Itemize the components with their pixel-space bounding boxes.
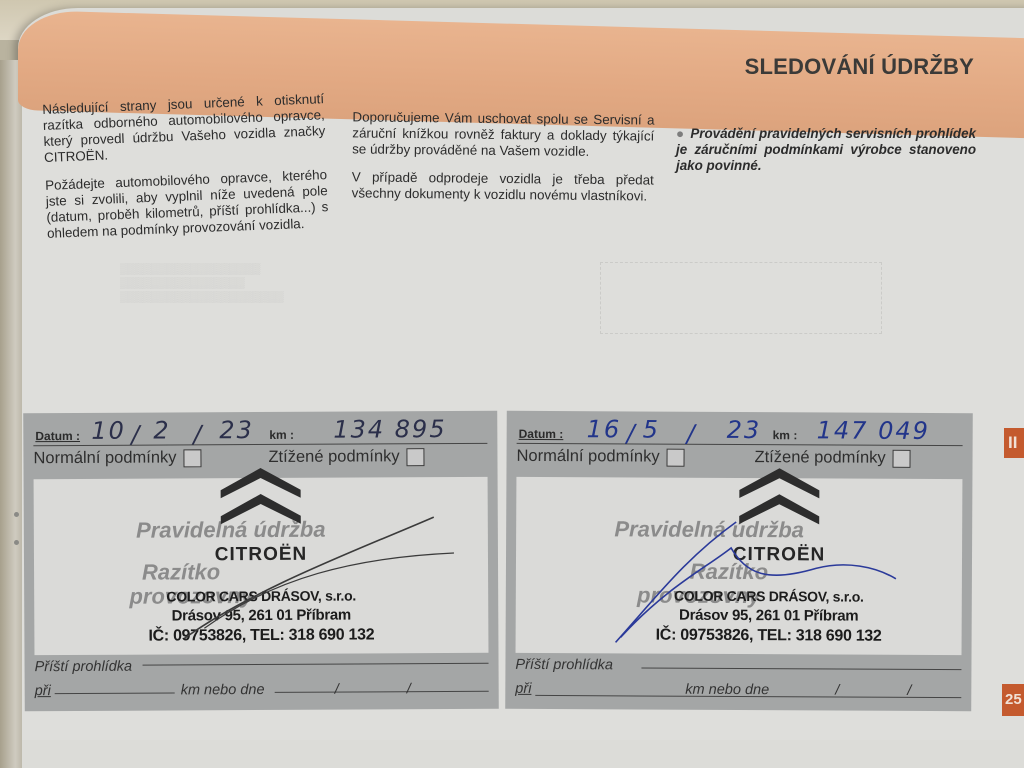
warranty-note: Provádění pravidelných servisních prohlí… [676, 126, 976, 173]
dealer-stamp: CITROËN COLOR CARS DRÁSOV, s.r.o. Drásov… [516, 477, 963, 655]
km-field[interactable]: 147 049 [817, 416, 930, 445]
stamp-dealer-info: COLOR CARS DRÁSOV, s.r.o. Drásov 95, 261… [546, 585, 992, 647]
date-km-row: Datum : 10 / 2 / 23 km : 134 895 [33, 419, 487, 446]
stamp-dealer-address: Drásov 95, 261 01 Příbram [34, 605, 488, 627]
km-or-date-label: km nebo dne [685, 682, 769, 698]
next-inspection-label: Příští prohlídka [35, 659, 133, 676]
citroen-chevrons-icon [215, 464, 305, 528]
normal-conditions-label: Normální podmínky [33, 448, 176, 468]
date-year-field[interactable]: 23 [219, 416, 254, 444]
stamp-dealer-ids: IČ: 09753826, TEL: 318 690 132 [546, 625, 992, 647]
next-inspection-row: Příští prohlídka [35, 657, 489, 679]
km-field[interactable]: 134 895 [333, 415, 446, 444]
intro-paragraph: Následující strany jsou určené k otisknu… [42, 91, 326, 166]
km-label: km : [773, 428, 798, 442]
dealer-stamp: CITROËN COLOR CARS DRÁSOV, s.r.o. Drásov… [34, 477, 489, 655]
intro-paragraph: Doporučujeme Vám uschovat spolu se Servi… [352, 109, 654, 160]
next-inspection-row: Příští prohlídka [515, 657, 961, 679]
next-at-row: při km nebo dne / / [515, 681, 961, 703]
stamp-dealer-name: COLOR CARS DRÁSOV, s.r.o. [546, 585, 992, 607]
stamp-dealer-address: Drásov 95, 261 01 Příbram [546, 605, 992, 627]
next-inspection-label: Příští prohlídka [515, 657, 613, 674]
stamp-brand: CITROËN [556, 543, 1002, 567]
normal-conditions: Normální podmínky [516, 447, 684, 467]
stamp-brand: CITROËN [34, 543, 488, 567]
bullet-icon: ● [676, 126, 684, 141]
page-title: SLEDOVÁNÍ ÚDRŽBY [745, 54, 974, 80]
stamp-dealer-ids: IČ: 09753826, TEL: 318 690 132 [34, 625, 488, 647]
intro-column-2: Doporučujeme Vám uschovat spolu se Servi… [351, 109, 654, 216]
next-at-row: při km nebo dne / / [35, 681, 489, 703]
date-separator: / [907, 683, 911, 699]
next-inspection-field[interactable] [641, 667, 961, 670]
at-label: při [515, 681, 531, 697]
citroen-chevrons-icon [734, 464, 824, 528]
left-page-edge [0, 60, 22, 768]
date-month-field[interactable]: 5 [643, 415, 660, 443]
page-number: 25 [1002, 684, 1024, 716]
date-separator: / [335, 682, 339, 698]
intro-column-1: Následující strany jsou určené k otisknu… [42, 91, 330, 254]
service-record-2: Datum : 16 / 5 / 23 km : 147 049 Normáln… [505, 411, 973, 711]
km-or-date-label: km nebo dne [181, 682, 265, 698]
date-month-field[interactable]: 2 [153, 416, 170, 444]
severe-conditions-checkbox[interactable] [893, 449, 911, 467]
next-date-field[interactable] [275, 691, 489, 693]
stamp-area: Pravidelná údržba Razítko provozovny CIT… [34, 477, 489, 655]
next-km-field[interactable] [55, 692, 175, 694]
date-separator: / [835, 683, 839, 699]
date-label: Datum : [519, 427, 564, 441]
service-record-1: Datum : 10 / 2 / 23 km : 134 895 Normáln… [23, 411, 499, 711]
intro-paragraph: V případě odprodeje vozidla je třeba pře… [352, 169, 654, 204]
show-through-stamp [600, 262, 882, 334]
show-through-stamp: ▒▒▒▒▒▒▒▒▒▒▒▒▒▒▒▒▒▒▒▒▒▒▒▒▒▒▒▒▒▒▒▒▒▒▒▒▒▒▒▒… [120, 262, 390, 312]
section-tab: II [1004, 428, 1024, 458]
normal-conditions-checkbox[interactable] [183, 449, 201, 467]
normal-conditions-label: Normální podmínky [516, 447, 659, 467]
stamp-area: Pravidelná údržba Razítko provozovny CIT… [516, 477, 963, 655]
intro-column-3: ●Provádění pravidelných servisních prohl… [676, 126, 976, 174]
stamp-dealer-name: COLOR CARS DRÁSOV, s.r.o. [34, 585, 488, 607]
date-separator: / [407, 681, 411, 697]
date-km-row: Datum : 16 / 5 / 23 km : 147 049 [517, 419, 963, 446]
date-day-field[interactable]: 16 [587, 415, 622, 443]
km-label: km : [269, 428, 294, 442]
next-inspection-field[interactable] [143, 663, 489, 666]
binding-hole [14, 512, 19, 517]
date-label: Datum : [35, 429, 80, 443]
date-year-field[interactable]: 23 [727, 416, 762, 444]
at-label: při [35, 683, 51, 699]
stamp-dealer-info: COLOR CARS DRÁSOV, s.r.o. Drásov 95, 261… [34, 585, 488, 647]
normal-conditions-checkbox[interactable] [667, 448, 685, 466]
date-day-field[interactable]: 10 [91, 417, 126, 445]
normal-conditions: Normální podmínky [33, 448, 201, 468]
severe-conditions-checkbox[interactable] [407, 448, 425, 466]
intro-paragraph: Požádejte automobilového opravce, kteréh… [45, 167, 329, 242]
